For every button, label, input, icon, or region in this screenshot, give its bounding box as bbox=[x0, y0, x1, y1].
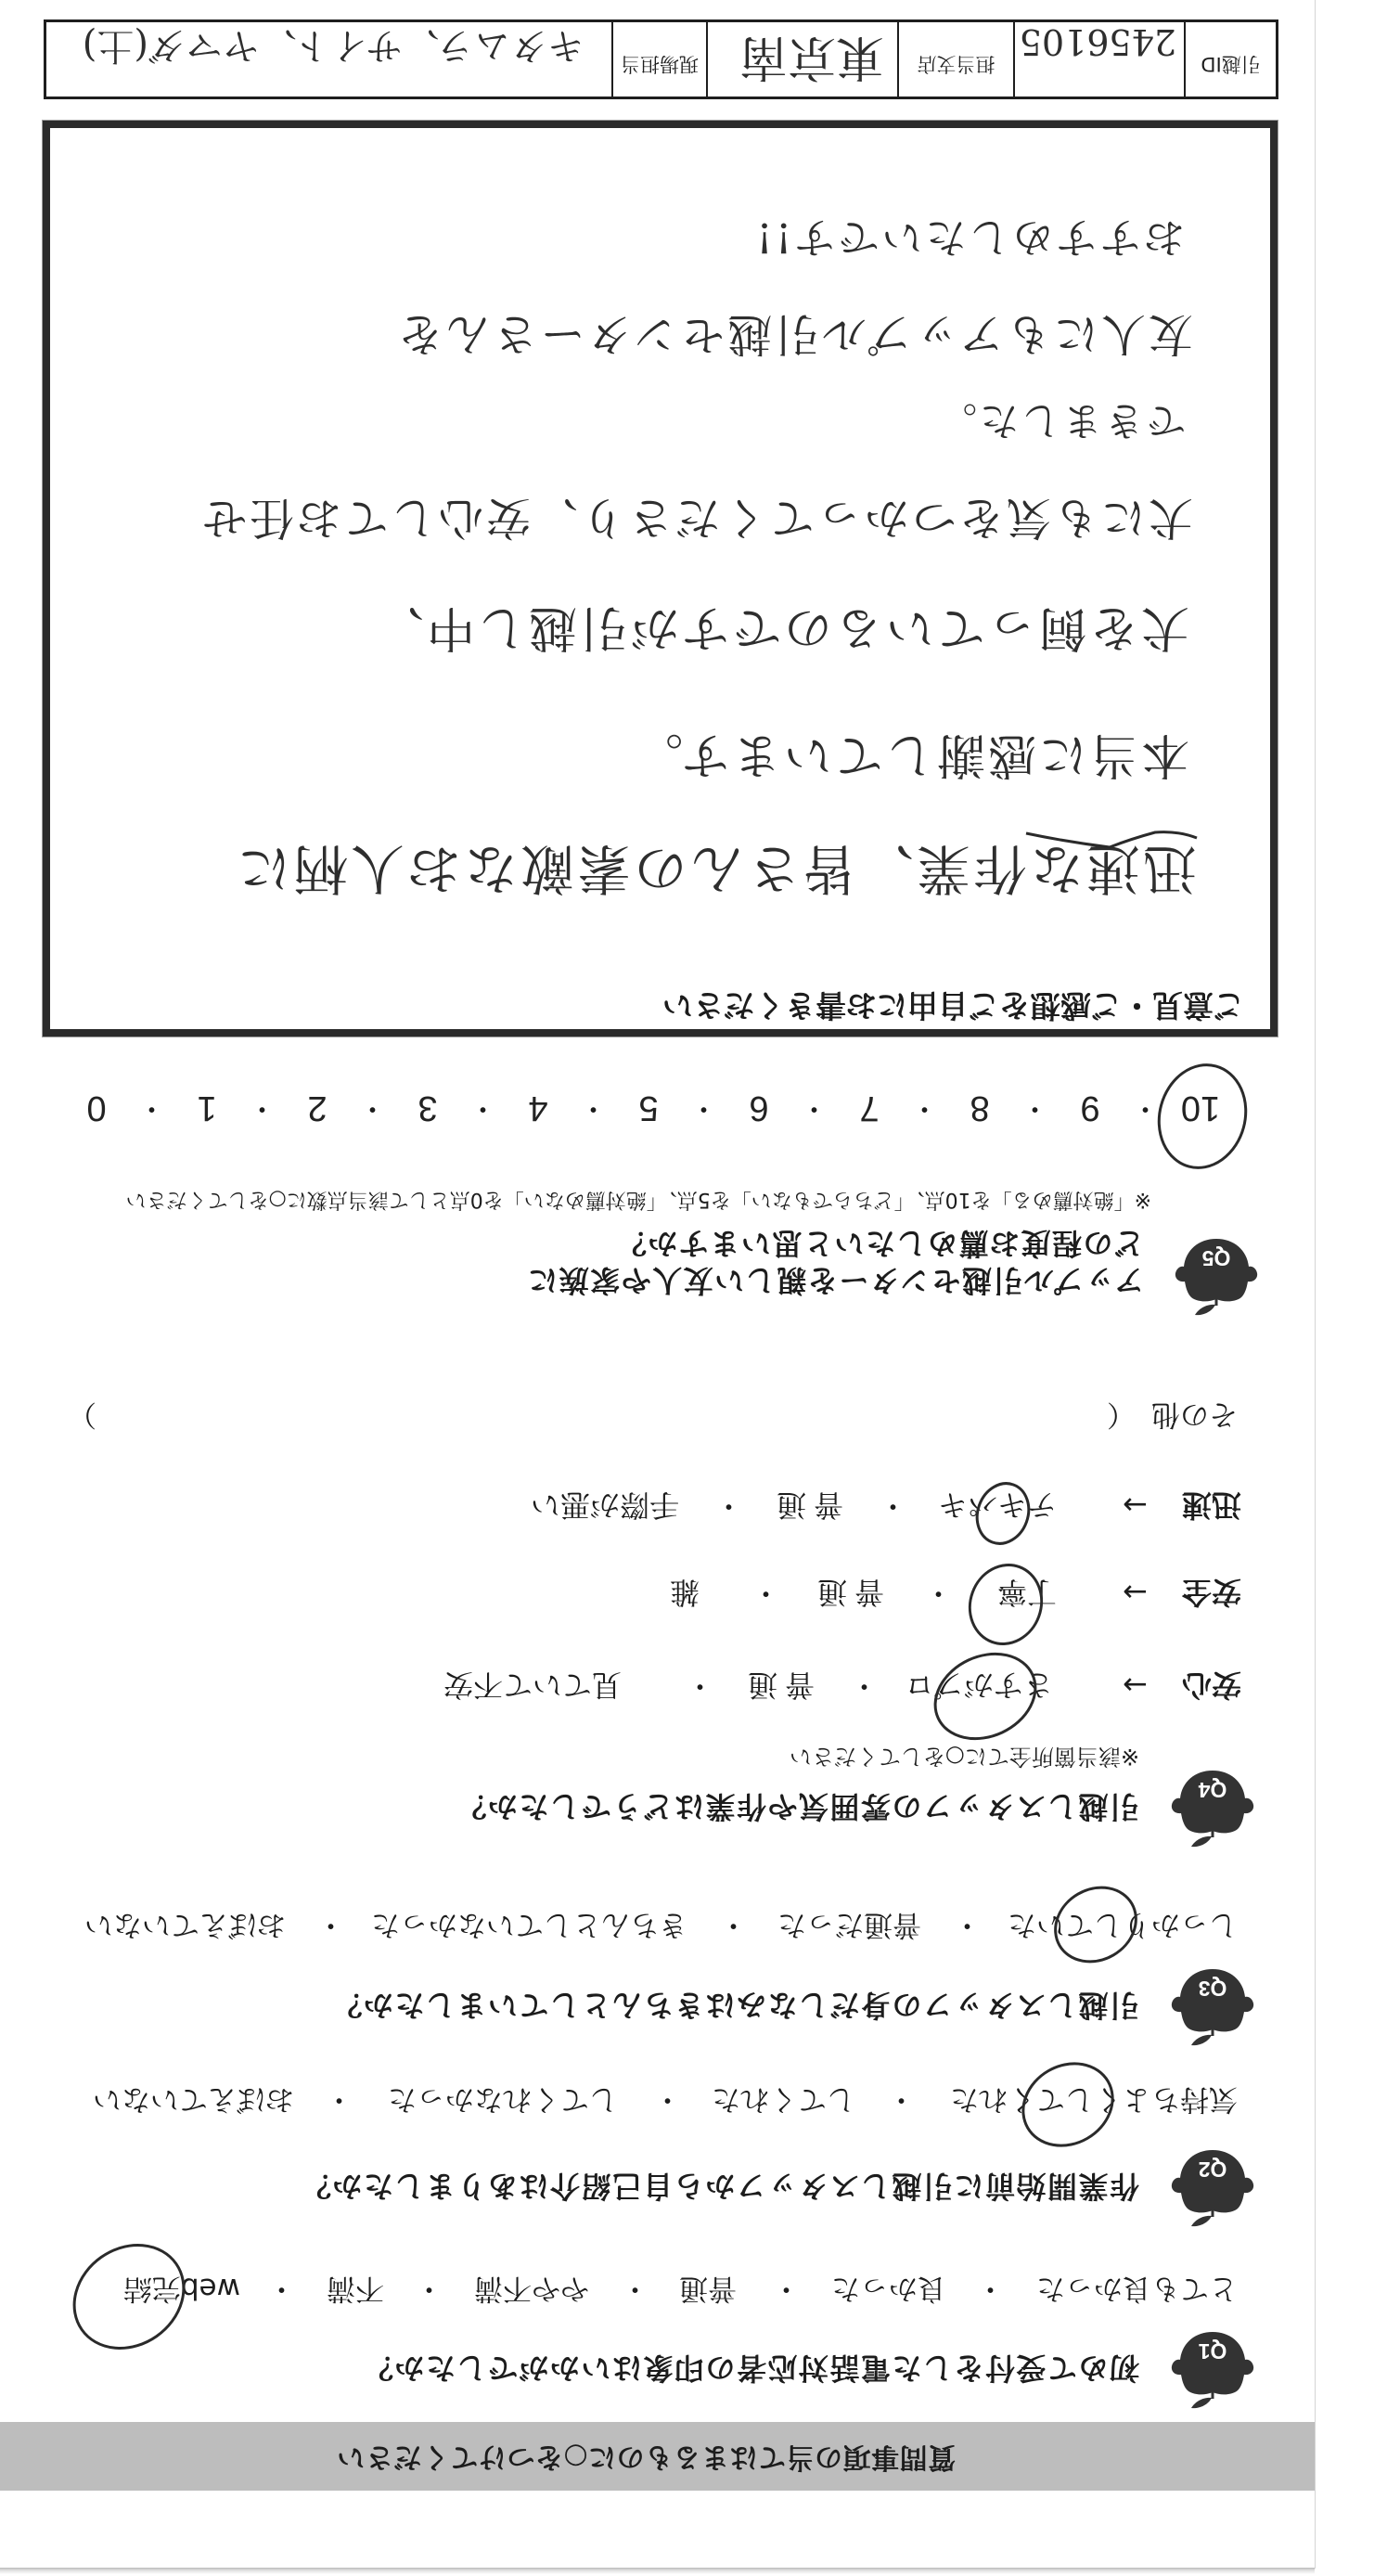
separator: ・ bbox=[772, 2272, 801, 2305]
separator: ・ bbox=[976, 2272, 1005, 2305]
question-number: Q4 bbox=[1171, 1777, 1254, 1803]
score-6: 6 bbox=[731, 1088, 787, 1128]
comment-line: おすすめしたいです!! bbox=[753, 204, 1185, 269]
paper-edge bbox=[1315, 0, 1316, 2569]
option-did-not: してくれなかった bbox=[388, 2082, 618, 2116]
score-8: 8 bbox=[952, 1088, 1008, 1128]
score-7: 7 bbox=[841, 1088, 897, 1128]
question-text: 作業開始前に引越しスタッフから自己紹介はありましたか？ bbox=[300, 2168, 1139, 2205]
separator: ・ bbox=[719, 1908, 748, 1941]
move-info-table: 引越ID 2456105 担当支店 東京南 現場担当 キタムラ、サイト、ヤマダ(… bbox=[44, 19, 1278, 99]
comment-line: 友人にもアップル引越センターさんを bbox=[395, 302, 1193, 367]
arrow-right-icon: → bbox=[1123, 1668, 1148, 1702]
comment-line: 犬を飼っているのですが引越し中、 bbox=[373, 595, 1189, 660]
question-number: Q1 bbox=[1171, 2338, 1254, 2364]
option-dissatisfied: 不満 bbox=[327, 2272, 384, 2305]
option-dont-remember: おぼえていない bbox=[93, 2082, 294, 2116]
option-careful: 丁寧 bbox=[997, 1576, 1057, 1609]
question-text: 引越しスタッフの身だしなみはきちんとしていましたか？ bbox=[331, 1987, 1139, 2024]
separator: ・ bbox=[850, 1668, 879, 1702]
score-5: 5 bbox=[621, 1088, 676, 1128]
question-text-line-1: アップル引越センターを親しい友人や家族に bbox=[527, 1262, 1144, 1299]
instruction-banner: 質問事項の当てはまるものに○をつけてください bbox=[0, 2422, 1315, 2491]
option-did: してくれた bbox=[712, 2082, 855, 2116]
instruction-text: 質問事項の当てはまるものに○をつけてください bbox=[337, 2441, 956, 2473]
staff-cell: キタムラ、サイト、ヤマダ(土) bbox=[46, 22, 611, 97]
separator: ・ bbox=[653, 2082, 682, 2116]
score-3: 3 bbox=[400, 1088, 456, 1128]
option-good: 良かった bbox=[831, 2272, 946, 2305]
score-4: 4 bbox=[510, 1088, 566, 1128]
option-not-neat: きちんとしていなかった bbox=[371, 1908, 687, 1941]
comment-line: 犬にも気をつかってくださり、安心してお任せ bbox=[199, 485, 1193, 550]
separator: ・ bbox=[1131, 1091, 1160, 1125]
question-number: Q5 bbox=[1175, 1245, 1258, 1271]
separator: ・ bbox=[714, 1488, 743, 1522]
separator: ・ bbox=[924, 1576, 953, 1609]
separator: ・ bbox=[325, 2082, 353, 2116]
other-label: その他 bbox=[1151, 1397, 1238, 1431]
move-id-value: 2456105 bbox=[1020, 21, 1176, 62]
apple-badge-icon: Q4 bbox=[1171, 1765, 1254, 1848]
question-text: 初めて受付をした電話対応者の印象はいかがでしたか？ bbox=[362, 2350, 1139, 2387]
separator: ・ bbox=[1021, 1091, 1049, 1125]
staff-label-cell: 現場担当 bbox=[611, 22, 706, 97]
separator: ・ bbox=[887, 2082, 916, 2116]
option-clumsy: 手際が悪い bbox=[531, 1488, 679, 1522]
arrow-right-icon: → bbox=[1123, 1576, 1148, 1609]
row-label: 安全 bbox=[1182, 1576, 1241, 1609]
other-close-paren: ） bbox=[68, 1397, 96, 1431]
score-0: 0 bbox=[69, 1088, 124, 1128]
other-open-paren: （ bbox=[1107, 1397, 1136, 1431]
separator: ・ bbox=[686, 1668, 714, 1702]
option-normal: 普通 bbox=[679, 2272, 737, 2305]
comment-line: 本当に感謝しています。 bbox=[632, 722, 1189, 787]
branch-label-cell: 担当支店 bbox=[897, 22, 1013, 97]
separator: ・ bbox=[248, 1091, 276, 1125]
apple-badge-icon: Q3 bbox=[1171, 1964, 1254, 2047]
apple-badge-icon: Q5 bbox=[1175, 1233, 1258, 1317]
option-normal: 普通 bbox=[769, 1488, 843, 1522]
score-9: 9 bbox=[1062, 1088, 1118, 1128]
separator: ・ bbox=[137, 1091, 166, 1125]
comment-line: できました。 bbox=[935, 388, 1186, 453]
branch-cell: 東京南 bbox=[706, 22, 897, 97]
separator: ・ bbox=[579, 1091, 608, 1125]
question-note: ※該当箇所全てに○をしてください bbox=[790, 1745, 1139, 1769]
separator: ・ bbox=[751, 1576, 780, 1609]
comment-line: 迅速な作業、皆さんの素敵なお人柄に bbox=[235, 836, 1197, 901]
move-id-label-cell: 引越ID bbox=[1184, 22, 1276, 97]
arrow-right-icon: → bbox=[1123, 1488, 1148, 1522]
separator: ・ bbox=[621, 2272, 649, 2305]
separator: ・ bbox=[316, 1908, 345, 1941]
option-pleasantly-did: 気持ちよくしてくれた bbox=[950, 2082, 1238, 2116]
option-normal: 普通 bbox=[810, 1576, 884, 1609]
separator: ・ bbox=[910, 1091, 939, 1125]
separator: ・ bbox=[879, 1488, 907, 1522]
score-1: 1 bbox=[179, 1088, 235, 1128]
move-id-label: 引越ID bbox=[1186, 52, 1276, 76]
paper-shadow bbox=[0, 2568, 1315, 2574]
option-web-complete: web完結 bbox=[123, 2272, 240, 2305]
separator: ・ bbox=[358, 1091, 387, 1125]
option-very-good: とても良かった bbox=[1036, 2272, 1238, 2305]
option-normal: 普通だった bbox=[777, 1908, 921, 1941]
separator: ・ bbox=[689, 1091, 718, 1125]
option-professional: さすがプロ bbox=[905, 1668, 1053, 1702]
separator: ・ bbox=[953, 1908, 982, 1941]
separator: ・ bbox=[267, 2272, 296, 2305]
option-dont-remember: おぼえていない bbox=[84, 1908, 286, 1941]
option-neat: しっかりしていた bbox=[1008, 1908, 1238, 1941]
comments-heading: ご意見・ご感想をご自由にお書きください bbox=[662, 989, 1244, 1021]
question-number: Q3 bbox=[1171, 1976, 1254, 2002]
separator: ・ bbox=[469, 1091, 497, 1125]
question-note: ※「絶対薦める」を10点、「どちらでもない」を5点、「絶対薦めない」を0点として… bbox=[126, 1187, 1151, 1211]
staff-label: 現場担当 bbox=[613, 52, 706, 76]
apple-badge-icon: Q1 bbox=[1171, 2326, 1254, 2410]
option-somewhat-dissatisfied: やや不満 bbox=[474, 2272, 589, 2305]
option-efficient: テキパキ bbox=[938, 1488, 1057, 1522]
row-label: 迅速 bbox=[1182, 1488, 1241, 1522]
branch-value: 東京南 bbox=[739, 29, 884, 84]
staff-value: キタムラ、サイト、ヤマダ(土) bbox=[83, 22, 584, 69]
branch-label: 担当支店 bbox=[899, 52, 1013, 76]
survey-sheet: 質問事項の当てはまるものに○をつけてください Q1 初めて受付をした電話対応者の… bbox=[0, 0, 1400, 2576]
separator: ・ bbox=[415, 2272, 443, 2305]
row-label: 安心 bbox=[1182, 1668, 1241, 1702]
option-rough: 雑 bbox=[670, 1576, 700, 1609]
question-number: Q2 bbox=[1171, 2157, 1254, 2183]
score-2: 2 bbox=[289, 1088, 345, 1128]
apple-badge-icon: Q2 bbox=[1171, 2145, 1254, 2228]
separator: ・ bbox=[800, 1091, 828, 1125]
score-10: 10 bbox=[1173, 1088, 1228, 1128]
option-uneasy: 見ていて不安 bbox=[443, 1668, 622, 1702]
move-id-cell: 2456105 bbox=[1013, 22, 1184, 97]
question-text: 引越しスタッフの雰囲気や作業はどうでしたか？ bbox=[456, 1788, 1139, 1825]
option-normal: 普通 bbox=[740, 1668, 815, 1702]
question-text-line-2: どの程度お薦めしたいと思いますか？ bbox=[615, 1225, 1144, 1262]
